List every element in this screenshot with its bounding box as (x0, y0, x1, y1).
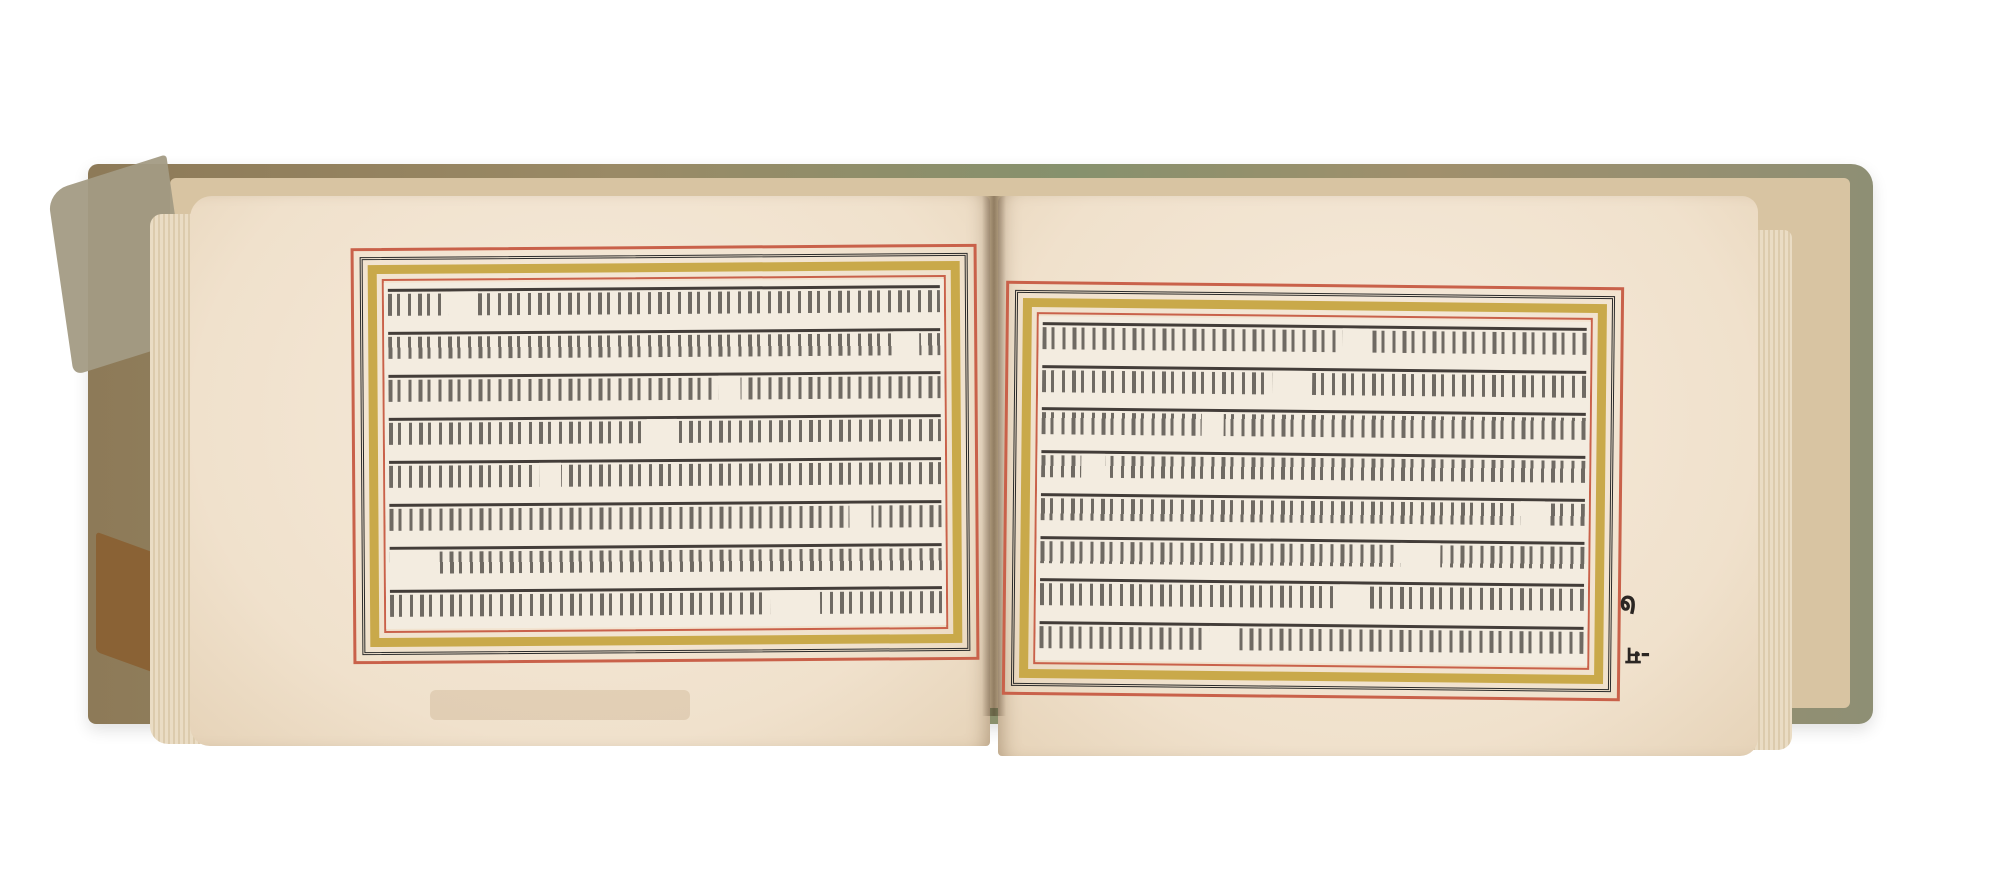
script-line (1042, 365, 1586, 404)
script-line (1042, 408, 1586, 447)
manuscript-photo: ७ -म (0, 0, 2000, 872)
script-line (1041, 493, 1585, 532)
script-line (390, 543, 942, 580)
script-line (388, 285, 940, 322)
right-text-block (1035, 316, 1591, 666)
left-text-frame (351, 244, 980, 664)
script-line (390, 586, 942, 623)
script-line (389, 500, 941, 537)
folio-mark: ७ (1620, 586, 1636, 627)
right-text-frame (1002, 281, 1624, 701)
paper-stain (430, 690, 690, 720)
script-line (389, 414, 941, 451)
script-line (1040, 536, 1584, 575)
script-line (1042, 322, 1586, 361)
folio-mark: -म (1626, 640, 1650, 673)
script-line (389, 457, 941, 494)
script-line (388, 328, 940, 365)
script-line (1039, 621, 1583, 660)
script-line (388, 371, 940, 408)
script-line (1040, 578, 1584, 617)
script-line (1041, 450, 1585, 489)
left-text-block (384, 279, 946, 629)
